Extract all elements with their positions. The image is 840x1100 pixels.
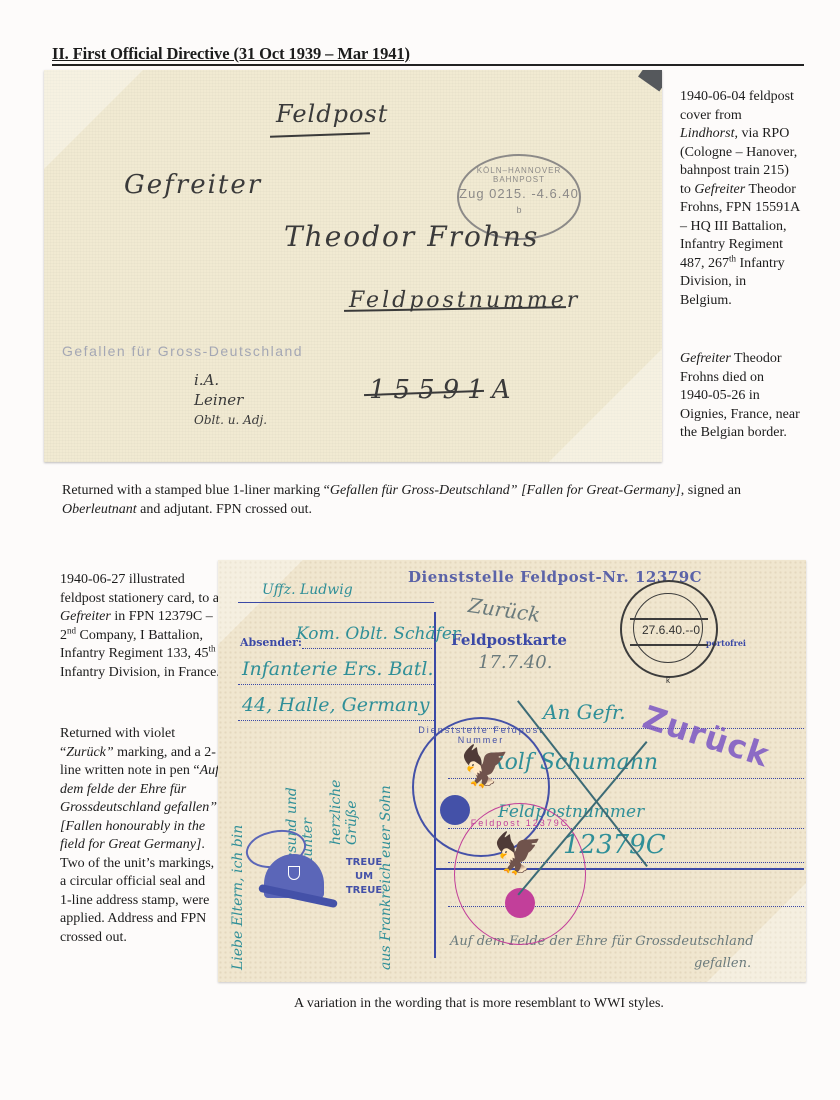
form-line — [238, 602, 434, 603]
handwritten-feldpost: Feldpost — [276, 100, 388, 128]
photo-corner — [44, 70, 143, 169]
handwritten-sender-battalion: Infanterie Ers. Batl. — [242, 658, 433, 680]
feldpost-postmark: 27.6.40.--0 k — [620, 580, 718, 678]
helmet-emblem: TREUE UM TREUE — [240, 830, 390, 930]
handwritten-recipient-rank: An Gefr. — [543, 700, 626, 724]
eagle-icon: 🦅 — [493, 834, 543, 874]
handwritten-name: Theodor Frohns — [284, 220, 539, 253]
handwritten-sender-place: 44, Halle, Germany — [242, 694, 429, 716]
envelope-flap-tab — [638, 70, 662, 91]
emblem-motto: TREUE UM TREUE — [338, 856, 390, 898]
postmark-date: 27.6.40.--0 — [636, 623, 706, 637]
official-seal-red: Feldpost 12379C 🦅 — [454, 803, 586, 945]
title-rule — [52, 64, 804, 66]
motto-line: TREUE — [338, 856, 390, 870]
motto-line: TREUE — [338, 884, 390, 898]
sender-label: Absender: — [240, 636, 302, 649]
motto-line: UM — [338, 870, 390, 884]
form-line — [238, 720, 434, 721]
handwritten-message: herzliche Grüße — [328, 735, 360, 845]
feldpostkarte-image: Dienststelle Feldpost-Nr. 12379C Absende… — [218, 560, 806, 982]
cover-description: 1940-06-04 feldpost cover from Lindhorst… — [680, 88, 800, 310]
handwritten-note-line2: gefallen. — [694, 956, 751, 971]
officer-signature: i.A. Leiner Oblt. u. Adj. — [194, 370, 267, 430]
postmark-bar — [630, 644, 708, 646]
form-line — [302, 648, 432, 649]
postmark-bar — [630, 618, 708, 620]
handwritten-date: 17.7.40. — [478, 652, 552, 673]
handwritten-sender-unit: Kom. Oblt. Schäfer — [296, 624, 460, 644]
eagle-icon: 🦅 — [460, 747, 510, 787]
gefallen-stamp: Gefallen für Gross-Deutschland — [62, 343, 303, 359]
card-caption: A variation in the wording that is more … — [294, 996, 664, 1012]
zurueck-stamp: Zurück — [638, 698, 774, 775]
handwritten-fpn: 15591A — [369, 375, 519, 405]
postmark-letter: b — [459, 205, 579, 215]
signature-line: Leiner — [194, 390, 267, 410]
postmark-type: BAHNPOST — [459, 175, 579, 184]
seal-ring-text: Dienststelle Feldpost Nummer — [414, 725, 548, 745]
handwritten-rank: Gefreiter — [124, 170, 262, 200]
page-title: II. First Official Directive (31 Oct 193… — [52, 44, 410, 64]
postmark-letter: k — [666, 676, 670, 685]
postmark-date: Zug 0215. -4.6.40 — [459, 186, 579, 201]
form-line — [238, 684, 434, 685]
underline — [270, 132, 370, 137]
card-title: Feldpostkarte — [451, 631, 567, 649]
signature-line: Oblt. u. Adj. — [194, 410, 267, 430]
cover-death-note: Gefreiter Theodor Frohns died on 1940-05… — [680, 350, 800, 443]
feldpost-cover-image: Feldpost KÖLN–HANNOVER BAHNPOST Zug 0215… — [44, 70, 662, 462]
cover-caption: Returned with a stamped blue 1-liner mar… — [62, 481, 792, 519]
handwritten-zurueck: Zurück — [467, 593, 542, 627]
postmark-route: KÖLN–HANNOVER — [459, 166, 579, 175]
photo-corner — [549, 349, 662, 462]
signature-line: i.A. — [194, 370, 267, 390]
card-return-note: Returned with violet “Zurück” marking, a… — [60, 725, 220, 947]
card-description: 1940-06-27 illustrated feldpost statione… — [60, 571, 220, 682]
handwritten-sender-rank: Uffz. Ludwig — [262, 582, 353, 598]
shield-icon — [288, 866, 300, 880]
seal-ring-text: Feldpost 12379C — [455, 818, 585, 828]
